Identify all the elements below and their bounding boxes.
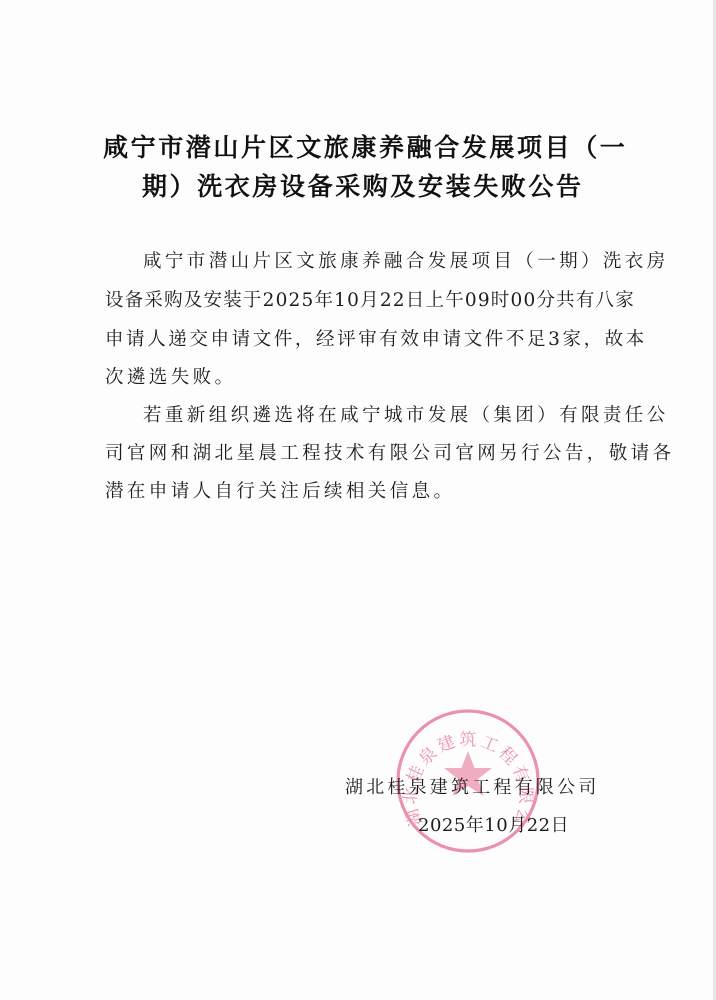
paragraph-line: 申请人递交申请文件，经评审有效申请文件不足3家，故本 (105, 325, 647, 351)
paragraph-line: 潜在申请人自行关注后续相关信息。 (105, 477, 455, 503)
title-line-1: 咸宁市潜山片区文旅康养融合发展项目（一 (103, 128, 627, 164)
paragraph-line: 司官网和湖北星晨工程技术有限公司官网另行公告，敬请各 (105, 439, 674, 465)
paragraph-line: 次遴选失败。 (105, 363, 236, 389)
title-line-2: 期）洗衣房设备采购及安装失败公告 (142, 167, 584, 203)
paragraph-line: 设备采购及安装于2025年10月22日上午09时00分共有八家 (105, 286, 635, 312)
paragraph-line: 若重新组织遴选将在咸宁城市发展（集团）有限责任公 (143, 401, 669, 427)
signature-company: 湖北桂泉建筑工程有限公司 (345, 773, 599, 799)
paragraph-line: 咸宁市潜山片区文旅康养融合发展项目（一期）洗衣房 (143, 247, 669, 273)
signature-date: 2025年10月22日 (418, 811, 569, 837)
